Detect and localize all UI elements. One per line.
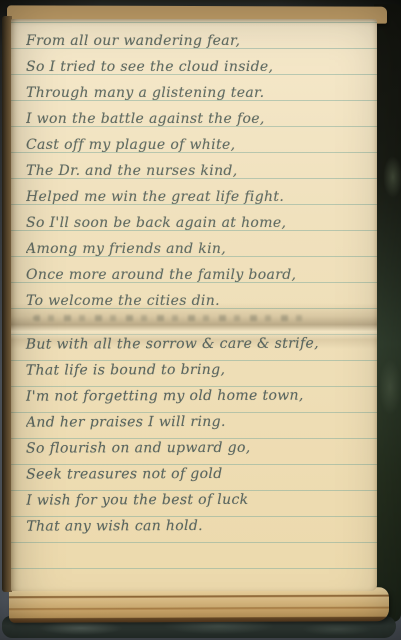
handwritten-line: So flourish on and upward go, bbox=[26, 434, 371, 461]
notebook-cover-right-edge bbox=[374, 4, 401, 622]
handwritten-line: So I'll soon be back again at home, bbox=[26, 210, 371, 236]
notebook-page: From all our wandering fear,So I tried t… bbox=[11, 19, 377, 591]
handwritten-line: So I tried to see the cloud inside, bbox=[26, 54, 371, 80]
handwritten-line: Helped me win the great life fight. bbox=[26, 184, 371, 210]
handwritten-line: That any wish can hold. bbox=[26, 512, 371, 539]
handwritten-line: I won the battle against the foe, bbox=[26, 106, 371, 132]
illegible-line-in-fold bbox=[33, 315, 307, 321]
handwritten-line: Cast off my plague of white, bbox=[26, 132, 371, 158]
handwritten-line: I'm not forgetting my old home town, bbox=[26, 382, 371, 409]
handwritten-line: Through many a glistening tear. bbox=[26, 80, 371, 106]
poem-lower-stanza: But with all the sorrow & care & strife,… bbox=[26, 330, 372, 539]
notebook-photo: From all our wandering fear,So I tried t… bbox=[0, 0, 401, 640]
handwritten-line: That life is bound to bring, bbox=[26, 356, 371, 383]
handwritten-line: Seek treasures not of gold bbox=[26, 460, 371, 487]
handwritten-line: From all our wandering fear, bbox=[26, 28, 371, 54]
handwritten-line: The Dr. and the nurses kind, bbox=[26, 158, 371, 184]
handwritten-line: But with all the sorrow & care & strife, bbox=[26, 330, 371, 357]
page-stack-bottom-edge bbox=[9, 587, 389, 623]
handwritten-line: Among my friends and kin, bbox=[26, 236, 371, 262]
handwritten-line: And her praises I will ring. bbox=[26, 408, 371, 435]
handwritten-line: To welcome the cities din. bbox=[26, 288, 371, 314]
handwritten-line: Once more around the family board, bbox=[26, 262, 371, 288]
handwritten-line: I wish for you the best of luck bbox=[26, 486, 371, 513]
poem-upper-stanza: From all our wandering fear,So I tried t… bbox=[26, 28, 371, 314]
